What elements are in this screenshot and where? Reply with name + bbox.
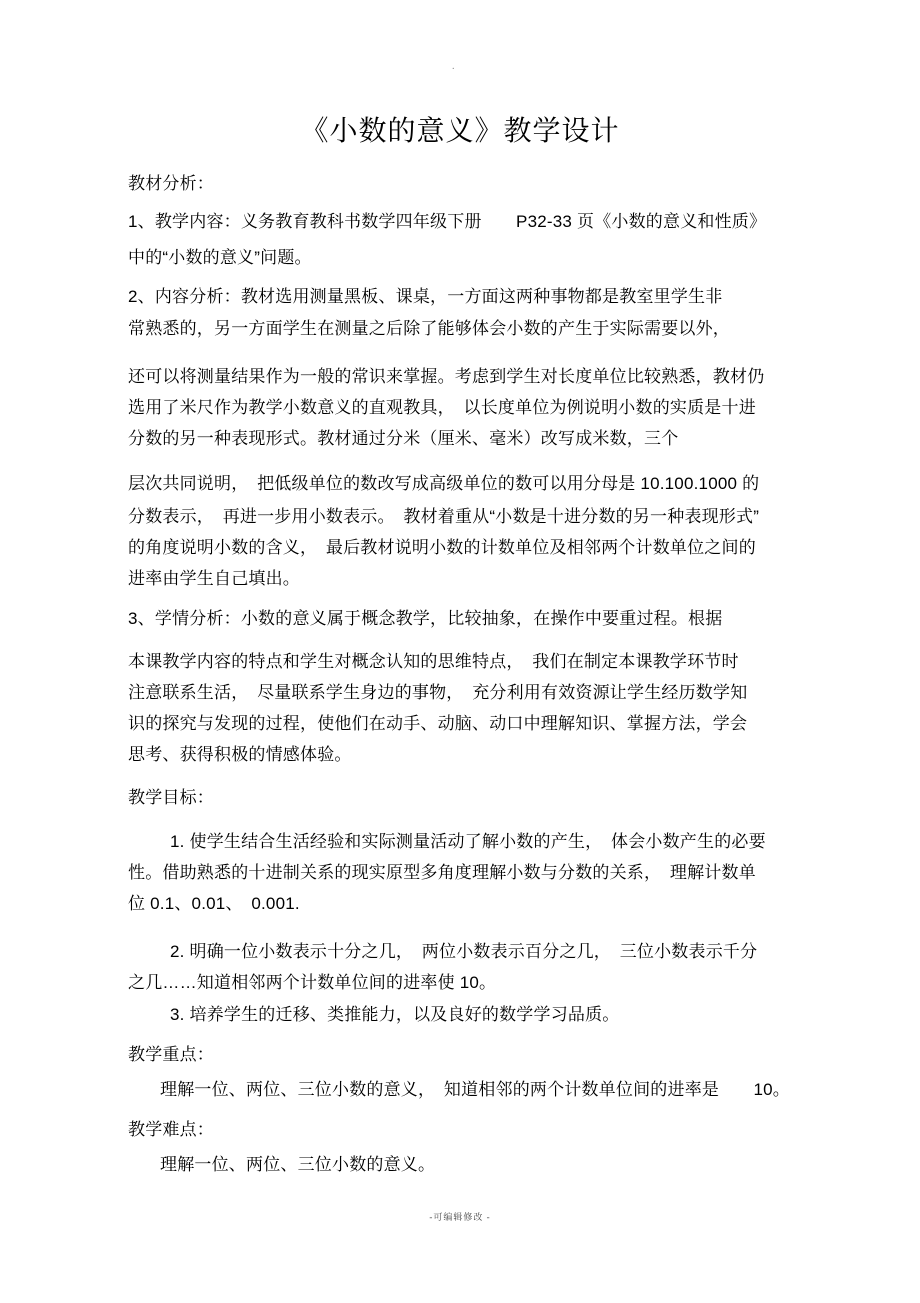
- doc-line-20: 性。借助熟悉的十进制关系的现实原型多角度理解小数与分数的关系， 理解计数单: [128, 857, 808, 888]
- document-body: 教材分析：1、教学内容：义务教育教科书数学四年级下册 P32-33 页《小数的意…: [128, 152, 808, 1180]
- doc-line-13: 3、学情分析：小数的意义属于概念教学，比较抽象，在操作中要重过程。根据: [128, 603, 808, 634]
- doc-line-5: 常熟悉的，另一方面学生在测量之后除了能够体会小数的产生于实际需要以外，: [128, 313, 808, 344]
- doc-line-23: 之几……知道相邻两个计数单位间的进率使 10。: [128, 967, 808, 998]
- doc-line-24: 3. 培养学生的迁移、类推能力，以及良好的数学学习品质。: [128, 999, 808, 1030]
- doc-line-7: 选用了米尺作为教学小数意义的直观教具， 以长度单位为例说明小数的实质是十进: [128, 392, 808, 423]
- doc-line-26: 理解一位、两位、三位小数的意义， 知道相邻的两个计数单位间的进率是 10。: [128, 1074, 808, 1105]
- doc-line-27: 教学难点：: [128, 1114, 808, 1145]
- footer-note: -可编辑修改 -: [0, 1210, 920, 1223]
- doc-line-8: 分数的另一种表现形式。教材通过分米（厘米、毫米）改写成米数，三个: [128, 423, 808, 454]
- doc-line-21: 位 0.1、0.01、 0.001.: [128, 888, 808, 919]
- doc-line-16: 识的探究与发现的过程，使他们在动手、动脑、动口中理解知识、掌握方法，学会: [128, 708, 808, 739]
- doc-line-19: 1. 使学生结合生活经验和实际测量活动了解小数的产生， 体会小数产生的必要: [128, 826, 808, 857]
- doc-line-15: 注意联系生活， 尽量联系学生身边的事物， 充分利用有效资源让学生经历数学知: [128, 677, 808, 708]
- doc-line-2: 1、教学内容：义务教育教科书数学四年级下册 P32-33 页《小数的意义和性质》: [128, 206, 808, 237]
- stray-dot: .: [452, 62, 455, 72]
- doc-line-9: 层次共同说明， 把低级单位的数改写成高级单位的数可以用分母是 10.100.10…: [128, 468, 808, 499]
- doc-line-28: 理解一位、两位、三位小数的意义。: [128, 1149, 808, 1180]
- doc-line-3: 中的“小数的意义”问题。: [128, 242, 808, 273]
- doc-line-17: 思考、获得积极的情感体验。: [128, 739, 808, 770]
- document-title: 《小数的意义》教学设计: [0, 112, 920, 152]
- document-page: . 《小数的意义》教学设计 教材分析：1、教学内容：义务教育教科书数学四年级下册…: [0, 0, 920, 1303]
- doc-line-11: 的角度说明小数的含义， 最后教材说明小数的计数单位及相邻两个计数单位之间的: [128, 532, 808, 563]
- doc-line-6: 还可以将测量结果作为一般的常识来掌握。考虑到学生对长度单位比较熟悉，教材仍: [128, 361, 808, 392]
- doc-line-4: 2、内容分析：教材选用测量黑板、课桌，一方面这两种事物都是教室里学生非: [128, 281, 808, 312]
- doc-line-12: 进率由学生自己填出。: [128, 563, 808, 594]
- doc-line-18: 教学目标：: [128, 782, 808, 813]
- doc-line-14: 本课教学内容的特点和学生对概念认知的思维特点， 我们在制定本课教学环节时: [128, 646, 808, 677]
- doc-line-10: 分数表示， 再进一步用小数表示。 教材着重从“小数是十进分数的另一种表现形式”: [128, 501, 808, 532]
- doc-line-22: 2. 明确一位小数表示十分之几， 两位小数表示百分之几， 三位小数表示千分: [128, 936, 808, 967]
- doc-line-25: 教学重点：: [128, 1039, 808, 1070]
- doc-line-1: 教材分析：: [128, 168, 808, 199]
